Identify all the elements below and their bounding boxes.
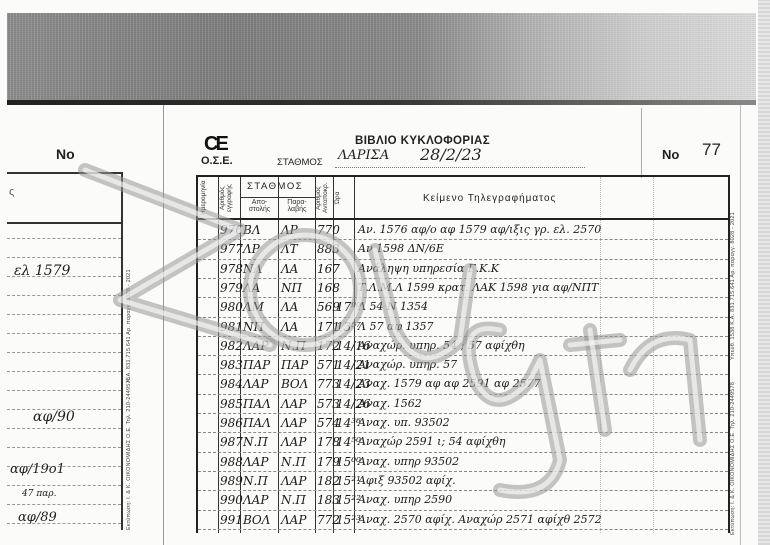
- traffic-log-table: Ημερομηνία Αριθμός εγγραφής ΣΤΑΘΜΟΣ Απο-…: [196, 175, 730, 533]
- stub-header-box: ς: [7, 172, 123, 224]
- date-value: 28/2/23: [420, 145, 482, 164]
- table-cell-from: Ν.Π: [243, 435, 268, 449]
- table-cell-text: Αναχ. 1579 αφ αφ 2591 αφ 2577: [358, 377, 541, 390]
- stub-ruled-line: [7, 504, 121, 505]
- station-dotted-line: [335, 167, 585, 168]
- table-cell-text: Αναχ. υπ. 93502: [358, 416, 450, 429]
- table-cell-text: Ανάληψη υπηρεσία Γ.Κ.Κ: [358, 262, 499, 275]
- table-cell-text: Αναχ. υπηρ 93502: [358, 455, 459, 468]
- table-cell-from: ΠΑΡ: [243, 358, 270, 372]
- table-cell-from: ΒΛ: [243, 223, 260, 237]
- table-cell-text: Αν. 1576 αφ/ο αφ 1579 αφ/ιξις γρ. ελ. 25…: [358, 223, 601, 236]
- stub-ruled-line: [7, 447, 121, 448]
- table-cell-to: Ν.Π: [281, 339, 306, 353]
- ruled-line: [198, 317, 728, 318]
- table-cell-from: ΝΛ: [243, 262, 262, 276]
- table-cell-to: Ν.Π: [281, 493, 306, 507]
- ruled-line: [198, 490, 728, 491]
- table-cell-text: Αναχώρ. υπηρ. 57: [358, 358, 457, 371]
- table-cell-text: Αν 1598 ΔΝ/6Ε: [358, 242, 444, 255]
- table-cell-reply: 770: [317, 223, 340, 237]
- table-cell-text: Λ 57 αφ 1357: [358, 320, 434, 333]
- stub-note: αφ/19ο1: [10, 462, 65, 477]
- table-cell-to: ΛΑΡ: [281, 435, 306, 449]
- table-cell-to: ΒΟΛ: [281, 377, 308, 391]
- table-cell-from: ΒΟΛ: [243, 513, 270, 527]
- table-cell-from: Ν.Π: [243, 474, 268, 488]
- stub-ruled-line: [7, 257, 121, 258]
- table-cell-from: ΛΑΡ: [243, 493, 268, 507]
- page-number-value: 77: [702, 140, 721, 160]
- header-telegram-text: Κείμενο Τηλεγραφήματος: [423, 193, 556, 204]
- table-cell-to: ΝΠ: [281, 281, 302, 295]
- stub-ruled-line: [7, 485, 121, 486]
- station-label: ΣΤΑΘΜΟΣ: [277, 157, 323, 168]
- stub-note: αφ/90: [33, 409, 75, 425]
- stub-ruled-line: [7, 428, 121, 429]
- ruled-line: [198, 336, 728, 337]
- table-cell-record: 985: [220, 397, 243, 411]
- table-cell-record: 980: [220, 300, 243, 314]
- stub-note: αφ/89: [18, 510, 57, 525]
- table-cell-from: ΠΑΛ: [243, 397, 271, 411]
- scan-shadow-band: [7, 13, 756, 105]
- table-cell-record: 977: [220, 242, 243, 256]
- ruled-line: [198, 413, 728, 414]
- table-cell-from: ΛΑΡ: [243, 339, 268, 353]
- table-cell-record: 988: [220, 455, 243, 469]
- table-cell-record: 987: [220, 435, 243, 449]
- ruled-line: [198, 374, 728, 375]
- table-cell-from: ΛΑΡ: [243, 377, 268, 391]
- page-edge: [758, 0, 770, 545]
- ruled-line: [198, 510, 728, 511]
- scanned-page: No ς ελ 1579 αφ/90 αφ/19ο1 47 παρ. αφ/89…: [0, 0, 770, 545]
- table-cell-from: ΛΡ: [243, 242, 260, 256]
- table-cell-record: 978: [220, 262, 243, 276]
- table-cell-from: ΛΑ: [243, 281, 260, 295]
- ruled-line: [198, 394, 728, 395]
- stub-ruled-line: [7, 333, 121, 334]
- header-date: Ημερομηνία: [201, 179, 217, 217]
- table-cell-record: 990: [220, 493, 243, 507]
- table-cell-reply: 883: [317, 242, 340, 256]
- table-cell-to: ΠΑΡ: [281, 358, 308, 372]
- table-cell-record: 982: [220, 339, 243, 353]
- ruled-line: [198, 452, 728, 453]
- stub-ruled-line: [7, 352, 121, 353]
- table-cell-to: ΛΤ: [281, 242, 298, 256]
- table-cell-from: ΠΑΛ: [243, 416, 271, 430]
- table-cell-from: ΛΑΡ: [243, 455, 268, 469]
- table-cell-to: ΛΑΡ: [281, 474, 306, 488]
- ose-logo: CE: [204, 133, 226, 156]
- ruled-line: [198, 259, 728, 260]
- ruled-line: [198, 278, 728, 279]
- table-cell-to: Ν.Π: [281, 455, 306, 469]
- table-cell-text: Αναχώρ. υπηρ. 54 ; 57 αφίχθη: [358, 339, 525, 352]
- ruled-line: [198, 239, 728, 240]
- stub-ruled-line: [7, 314, 121, 315]
- header-time: Ώρα: [335, 179, 353, 217]
- right-side-print: Υπεύθ. 1538 Κ.Α. 831.715.641 Αρ. παραγγ.…: [730, 180, 736, 360]
- table-cell-to: ΛΑΡ: [281, 513, 306, 527]
- table-cell-text: Τ.Λ.Μ.Λ 1599 κρατ. ΛΑΚ 1598 για αφ/ΝΠΤ: [358, 281, 598, 294]
- table-cell-record: 986: [220, 416, 243, 430]
- table-cell-to: ΛΡ: [281, 223, 298, 237]
- table-cell-to: ΛΑ: [281, 320, 298, 334]
- table-cell-to: ΛΑΡ: [281, 397, 306, 411]
- header-station: ΣΤΑΘΜΟΣ: [247, 181, 303, 192]
- table-cell-reply: 167: [317, 262, 340, 276]
- table-cell-reply: 168: [317, 281, 340, 295]
- stub-ruled-line: [7, 371, 121, 372]
- table-cell-to: ΛΑΡ: [281, 416, 306, 430]
- table-cell-from: ΝΠ: [243, 320, 264, 334]
- table-cell-to: ΛΑ: [281, 262, 298, 276]
- table-cell-text: Αφιξ 93502 αφίχ.: [358, 474, 456, 487]
- stub-side-print: Κ.Α. 831.715.641 Αρ. παραγγ. 8028 - 2021: [126, 222, 132, 382]
- table-cell-text: Αναχώρ 2591 ι; 54 αφίχθη: [358, 435, 505, 448]
- ruled-line: [198, 529, 728, 530]
- ruled-line: [198, 355, 728, 356]
- stub-number-label: No: [56, 146, 75, 162]
- ruled-line: [198, 297, 728, 298]
- stub-right-rule: [121, 172, 123, 530]
- header-record-no: Αριθμός εγγραφής: [220, 179, 239, 217]
- header-sender: Απο-στολής: [241, 199, 278, 213]
- stub-note: 47 παρ.: [22, 489, 56, 499]
- table-cell-record: 989: [220, 474, 243, 488]
- right-side-print: Εκτύπωση: Ι. & Κ. ΟΙΚΟΝΟΜΙΔΗΣ Ο.Ε. Τηλ. …: [730, 375, 736, 535]
- stub-ruled-line: [7, 390, 121, 391]
- table-cell-record: 976: [220, 223, 243, 237]
- header-separator: [641, 108, 642, 178]
- table-cell-from: ΛΜ: [243, 300, 264, 314]
- table-cell-to: ΛΑ: [281, 300, 298, 314]
- stub-ruled-line: [7, 295, 121, 296]
- page-number-label: No: [662, 147, 679, 162]
- table-cell-record: 981: [220, 320, 243, 334]
- table-cell-record: 983: [220, 358, 243, 372]
- stub-side-print: Εκτύπωση: Ι. & Κ. ΟΙΚΟΝΟΜΙΔΗΣ Ο.Ε. Τηλ. …: [126, 395, 132, 530]
- ruled-line: [198, 471, 728, 472]
- table-cell-text: Λ 54 Ν 1354: [358, 300, 428, 313]
- page-fold-line: [740, 105, 741, 545]
- stub-ruled-line: [7, 238, 121, 239]
- stub-note: ελ 1579: [14, 263, 70, 279]
- header-receiver: Παρα-λαβής: [279, 199, 315, 213]
- stub-header-fragment: ς: [9, 186, 14, 198]
- table-cell-record: 979: [220, 281, 243, 295]
- perforation-line: [163, 105, 164, 545]
- ruled-line: [198, 432, 728, 433]
- table-cell-text: Αναχ. 1562: [358, 397, 422, 410]
- organization-name: Ο.Σ.Ε.: [201, 155, 233, 167]
- table-cell-text: Αναχ. υπηρ 2590: [358, 493, 452, 506]
- table-cell-text: Αναχ. 2570 αφίχ. Αναχώρ 2571 αφίχθ 2572: [358, 513, 602, 526]
- table-cell-record: 984: [220, 377, 243, 391]
- station-value: ΛΑΡΙΣΑ: [338, 148, 389, 163]
- header-reply-no: Αριθμός Ανταποκρ.: [316, 179, 332, 217]
- table-cell-record: 991: [220, 513, 243, 527]
